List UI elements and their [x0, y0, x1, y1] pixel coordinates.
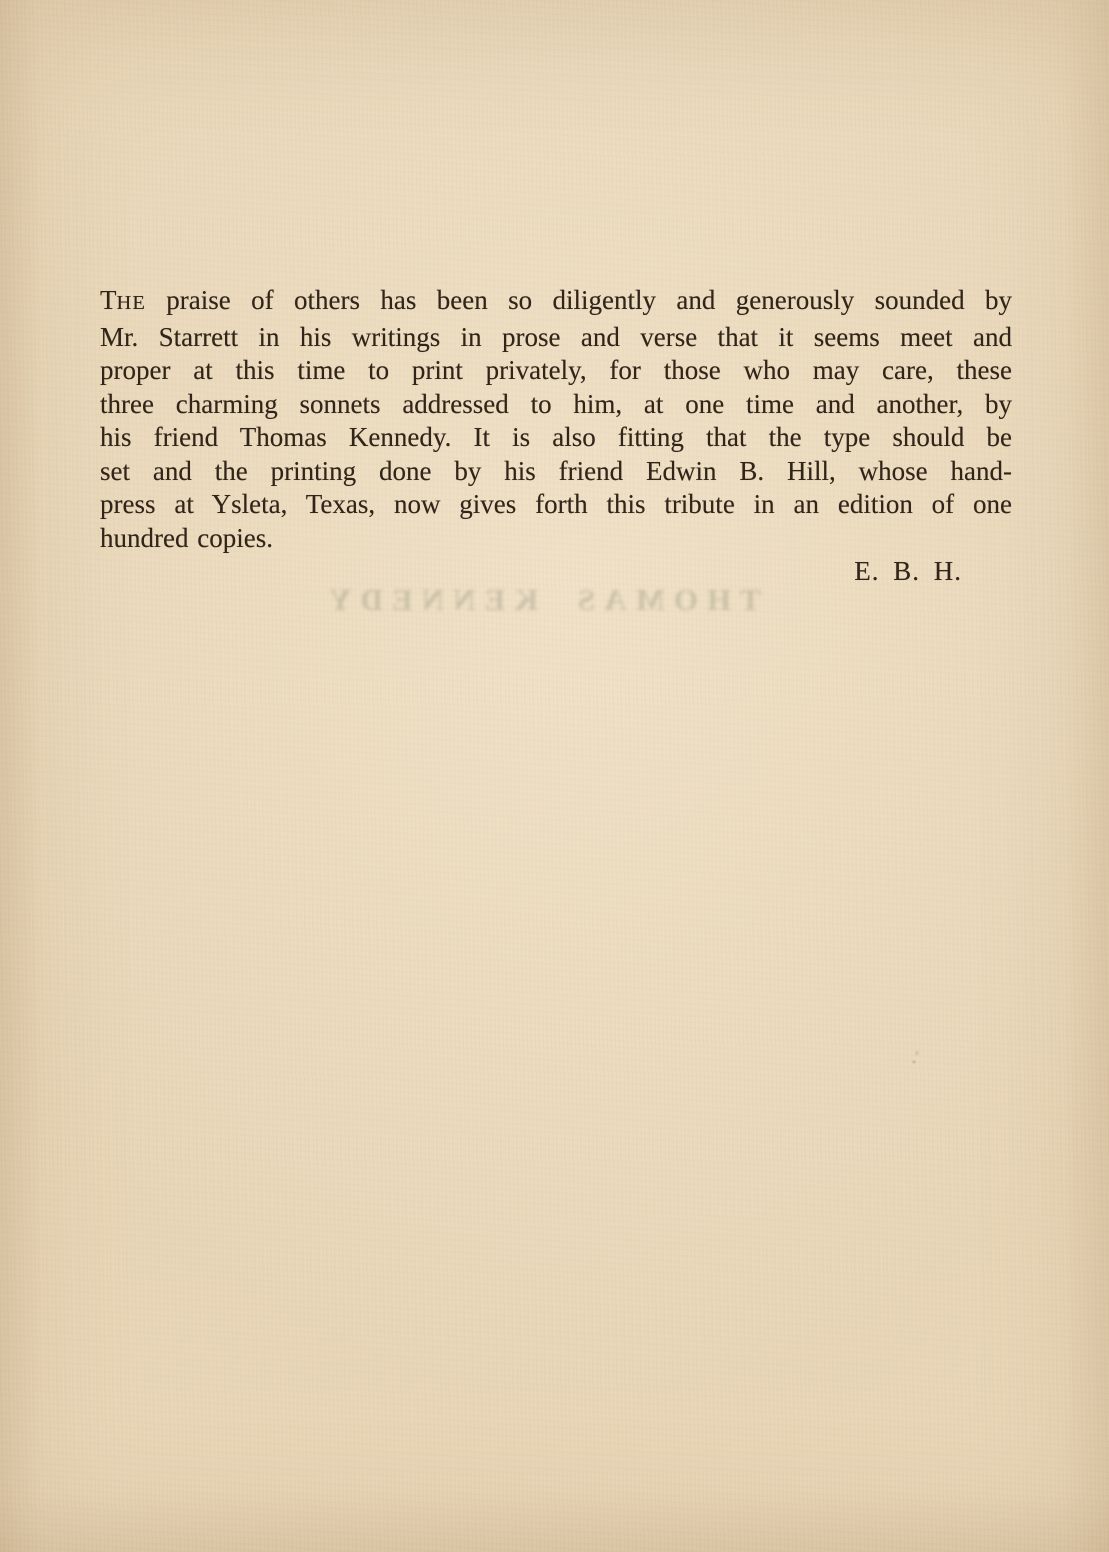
paragraph-line: his friend Thomas Kennedy. It is also fi… [100, 421, 1012, 455]
paragraph-line: Mr. Starrett in his writings in prose an… [100, 321, 1012, 355]
line-text: praise of others has been so diligently … [146, 285, 1012, 315]
signature-initials: E. B. H. [100, 555, 1012, 589]
drop-cap: T [100, 285, 117, 315]
paragraph-line: press at Ysleta, Texas, now gives forth … [100, 488, 1012, 522]
paragraph-line: hundred copies. [100, 522, 1012, 556]
paragraph-line: THE praise of others has been so diligen… [100, 284, 1012, 321]
paragraph-line: proper at this time to print privately, … [100, 354, 1012, 388]
paragraph-line: set and the printing done by his friend … [100, 455, 1012, 489]
paper-speck [908, 1048, 922, 1068]
printers-note-paragraph: THE praise of others has been so diligen… [100, 284, 1012, 589]
paragraph-line: three charming sonnets addressed to him,… [100, 388, 1012, 422]
paper-texture [0, 0, 1109, 1552]
book-page: THE praise of others has been so diligen… [0, 0, 1109, 1552]
small-caps: HE [117, 292, 146, 314]
